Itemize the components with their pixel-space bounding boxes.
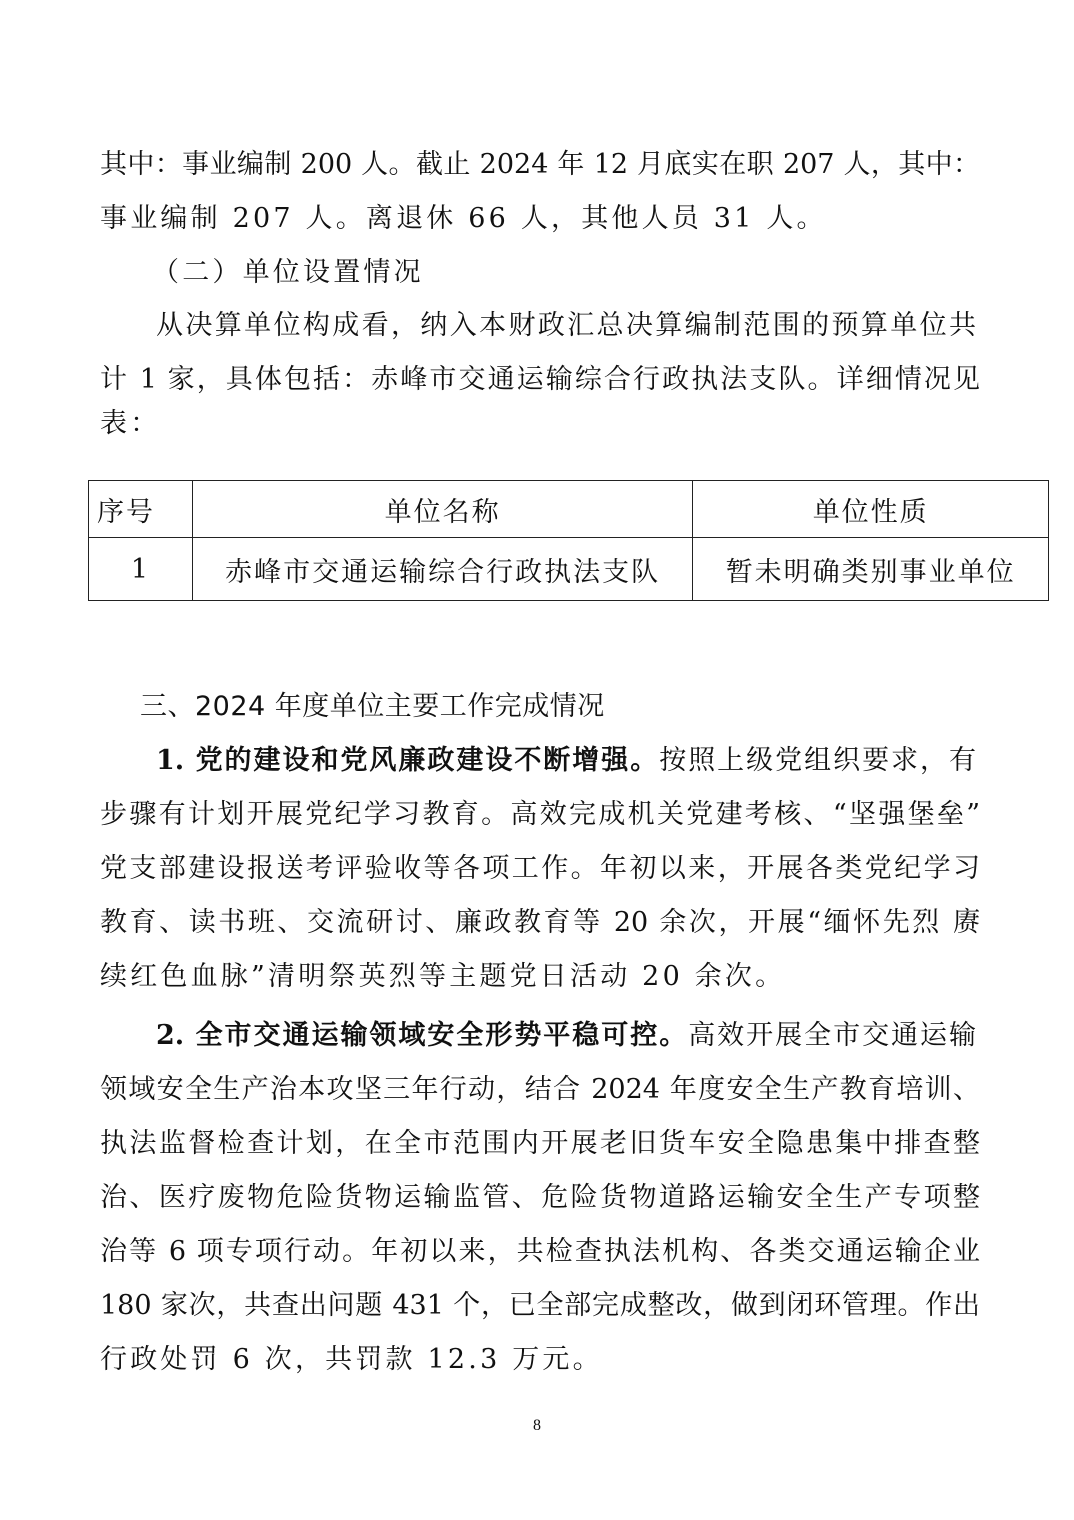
item-2-line-7: 行政处罚 6 次，共罚款 12.3 万元。 bbox=[100, 1343, 980, 1377]
page-number: 8 bbox=[0, 1417, 1074, 1435]
unit-setup-line-1: 从决算单位构成看，纳入本财政汇总决算编制范围的预算单位共 bbox=[156, 309, 976, 343]
item-2-line-2: 领域安全生产治本攻坚三年行动，结合 2024 年度安全生产教育培训、 bbox=[100, 1073, 980, 1107]
section-heading-unit-setup: （二）单位设置情况 bbox=[152, 256, 1032, 290]
item-1-bold-lead: 1. 党的建设和党风廉政建设不断增强。 bbox=[156, 745, 659, 776]
unit-setup-line-2: 计 1 家，具体包括：赤峰市交通运输综合行政执法支队。详细情况见 bbox=[100, 363, 980, 397]
item-2-first-line: 2. 全市交通运输领域安全形势平稳可控。高效开展全市交通运输 bbox=[156, 1019, 976, 1053]
unit-table-header-row: 序号 单位名称 单位性质 bbox=[89, 481, 1049, 538]
cell-unit-type: 暂未明确类别事业单位 bbox=[693, 538, 1049, 601]
cell-index: 1 bbox=[89, 538, 193, 601]
item-1-line-3: 党支部建设报送考评验收等各项工作。年初以来，开展各类党纪学习 bbox=[100, 852, 980, 886]
item-2-line-6: 180 家次，共查出问题 431 个，已全部完成整改，做到闭环管理。作出 bbox=[100, 1289, 980, 1323]
table-row: 1 赤峰市交通运输综合行政执法支队 暂未明确类别事业单位 bbox=[89, 538, 1049, 601]
item-1-line-4: 教育、读书班、交流研讨、廉政教育等 20 余次，开展“缅怀先烈 赓 bbox=[100, 906, 980, 940]
staff-paragraph-line-2: 事业编制 207 人。离退休 66 人，其他人员 31 人。 bbox=[100, 202, 980, 236]
unit-table: 序号 单位名称 单位性质 1 赤峰市交通运输综合行政执法支队 暂未明确类别事业单… bbox=[88, 480, 1049, 601]
staff-paragraph-line-1: 其中：事业编制 200 人。截止 2024 年 12 月底实在职 207 人，其… bbox=[100, 148, 980, 182]
item-2-line-3: 执法监督检查计划，在全市范围内开展老旧货车安全隐患集中排查整 bbox=[100, 1127, 980, 1161]
item-1-lead-rest: 按照上级党组织要求，有 bbox=[659, 745, 976, 776]
cell-unit-name: 赤峰市交通运输综合行政执法支队 bbox=[192, 538, 692, 601]
item-1-line-5: 续红色血脉”清明祭英烈等主题党日活动 20 余次。 bbox=[100, 960, 980, 994]
item-2-bold-lead: 2. 全市交通运输领域安全形势平稳可控。 bbox=[156, 1020, 688, 1051]
item-2-lead-rest: 高效开展全市交通运输 bbox=[688, 1020, 976, 1051]
header-unit-name: 单位名称 bbox=[192, 481, 692, 538]
item-1-line-2: 步骤有计划开展党纪学习教育。高效完成机关党建考核、“坚强堡垒” bbox=[100, 798, 980, 832]
item-2-line-5: 治等 6 项专项行动。年初以来，共检查执法机构、各类交通运输企业 bbox=[100, 1235, 980, 1269]
unit-setup-line-3: 表： bbox=[100, 407, 980, 441]
header-unit-type: 单位性质 bbox=[693, 481, 1049, 538]
section-heading-work-completion: 三、2024 年度单位主要工作完成情况 bbox=[140, 690, 1020, 724]
item-2-line-4: 治、医疗废物危险货物运输监管、危险货物道路运输安全生产专项整 bbox=[100, 1181, 980, 1215]
header-index: 序号 bbox=[89, 481, 193, 538]
item-1-first-line: 1. 党的建设和党风廉政建设不断增强。按照上级党组织要求，有 bbox=[156, 744, 976, 778]
